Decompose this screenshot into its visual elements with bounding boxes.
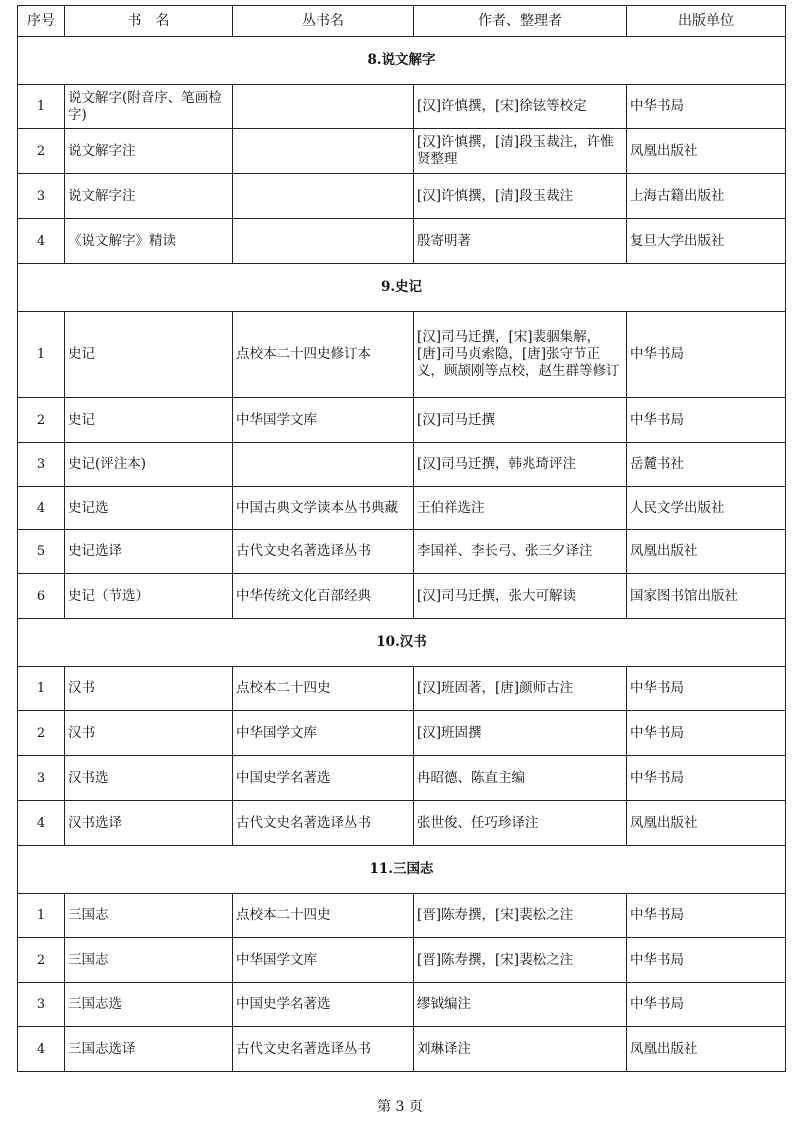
cell-author: 冉昭德、陈直主编 xyxy=(414,756,627,801)
cell-author: [汉]司马迁撰，韩兆琦评注 xyxy=(414,443,627,487)
cell-author: [汉]司马迁撰，张大可解读 xyxy=(414,574,627,619)
table-row: 2汉书中华国学文库[汉]班固撰中华书局 xyxy=(18,711,786,756)
table-row: 1史记点校本二十四史修订本[汉]司马迁撰，[宋]裴骃集解，[唐]司马贞索隐，[唐… xyxy=(18,312,786,398)
cell-author: [汉]班固撰 xyxy=(414,711,627,756)
table-row: 4《说文解字》精读殷寄明著复旦大学出版社 xyxy=(18,219,786,264)
cell-title: 史记 xyxy=(65,312,233,398)
cell-no: 1 xyxy=(18,894,65,938)
cell-no: 6 xyxy=(18,574,65,619)
table-row: 1汉书点校本二十四史[汉]班固著，[唐]颜师古注中华书局 xyxy=(18,667,786,711)
cell-author: [汉]许慎撰，[宋]徐铉等校定 xyxy=(414,85,627,129)
cell-no: 3 xyxy=(18,983,65,1027)
cell-publisher: 中华书局 xyxy=(627,938,786,983)
table-row: 2史记中华国学文库[汉]司马迁撰中华书局 xyxy=(18,398,786,443)
cell-title: 三国志 xyxy=(65,938,233,983)
cell-series: 中华国学文库 xyxy=(233,398,414,443)
cell-series: 中华传统文化百部经典 xyxy=(233,574,414,619)
table-row: 3说文解字注[汉]许慎撰，[清]段玉裁注上海古籍出版社 xyxy=(18,174,786,219)
table-row: 3史记(评注本)[汉]司马迁撰，韩兆琦评注岳麓书社 xyxy=(18,443,786,487)
cell-publisher: 凤凰出版社 xyxy=(627,530,786,574)
cell-publisher: 中华书局 xyxy=(627,894,786,938)
cell-series: 中国史学名著选 xyxy=(233,756,414,801)
cell-series xyxy=(233,85,414,129)
cell-no: 2 xyxy=(18,129,65,174)
cell-title: 三国志选 xyxy=(65,983,233,1027)
page-number: 第 3 页 xyxy=(0,1096,800,1116)
cell-series: 点校本二十四史修订本 xyxy=(233,312,414,398)
cell-title: 史记 xyxy=(65,398,233,443)
cell-series xyxy=(233,174,414,219)
cell-author: [汉]班固著，[唐]颜师古注 xyxy=(414,667,627,711)
cell-no: 4 xyxy=(18,801,65,846)
cell-author: [汉]许慎撰，[清]段玉裁注，许惟贤整理 xyxy=(414,129,627,174)
section-header-row: 8.说文解字 xyxy=(18,37,786,85)
cell-author: [晋]陈寿撰，[宋]裴松之注 xyxy=(414,894,627,938)
cell-title: 史记选译 xyxy=(65,530,233,574)
table-row: 4三国志选译古代文史名著选译丛书刘琳译注凤凰出版社 xyxy=(18,1027,786,1072)
cell-series: 中国古典文学读本丛书典藏 xyxy=(233,487,414,530)
cell-title: 汉书 xyxy=(65,711,233,756)
cell-publisher: 中华书局 xyxy=(627,398,786,443)
cell-title: 说文解字注 xyxy=(65,174,233,219)
cell-publisher: 中华书局 xyxy=(627,667,786,711)
cell-title: 汉书选 xyxy=(65,756,233,801)
cell-series: 中华国学文库 xyxy=(233,711,414,756)
cell-series: 中华国学文库 xyxy=(233,938,414,983)
cell-no: 2 xyxy=(18,398,65,443)
cell-publisher: 复旦大学出版社 xyxy=(627,219,786,264)
cell-no: 2 xyxy=(18,938,65,983)
cell-series: 点校本二十四史 xyxy=(233,894,414,938)
cell-no: 1 xyxy=(18,312,65,398)
cell-publisher: 凤凰出版社 xyxy=(627,129,786,174)
header-series: 丛书名 xyxy=(233,6,414,37)
table-row: 5史记选译古代文史名著选译丛书李国祥、李长弓、张三夕译注凤凰出版社 xyxy=(18,530,786,574)
cell-publisher: 国家图书馆出版社 xyxy=(627,574,786,619)
cell-title: 说文解字注 xyxy=(65,129,233,174)
table-row: 4史记选中国古典文学读本丛书典藏王伯祥选注人民文学出版社 xyxy=(18,487,786,530)
cell-no: 5 xyxy=(18,530,65,574)
header-no: 序号 xyxy=(18,6,65,37)
book-list-table: 序号 书 名 丛书名 作者、整理者 出版单位 8.说文解字1说文解字(附音序、笔… xyxy=(17,5,786,1072)
cell-publisher: 凤凰出版社 xyxy=(627,801,786,846)
cell-no: 1 xyxy=(18,667,65,711)
cell-publisher: 中华书局 xyxy=(627,312,786,398)
table-row: 3三国志选中国史学名著选缪钺编注中华书局 xyxy=(18,983,786,1027)
cell-no: 4 xyxy=(18,1027,65,1072)
cell-series: 中国史学名著选 xyxy=(233,983,414,1027)
cell-publisher: 凤凰出版社 xyxy=(627,1027,786,1072)
cell-title: 《说文解字》精读 xyxy=(65,219,233,264)
cell-publisher: 中华书局 xyxy=(627,711,786,756)
cell-title: 说文解字(附音序、笔画检字) xyxy=(65,85,233,129)
table-row: 1说文解字(附音序、笔画检字)[汉]许慎撰，[宋]徐铉等校定中华书局 xyxy=(18,85,786,129)
cell-no: 2 xyxy=(18,711,65,756)
header-publisher: 出版单位 xyxy=(627,6,786,37)
cell-author: 缪钺编注 xyxy=(414,983,627,1027)
section-title: 11.三国志 xyxy=(18,846,786,894)
cell-no: 3 xyxy=(18,756,65,801)
cell-title: 三国志选译 xyxy=(65,1027,233,1072)
cell-series: 点校本二十四史 xyxy=(233,667,414,711)
cell-author: 李国祥、李长弓、张三夕译注 xyxy=(414,530,627,574)
cell-author: 张世俊、任巧珍译注 xyxy=(414,801,627,846)
cell-series: 古代文史名著选译丛书 xyxy=(233,1027,414,1072)
table-row: 3汉书选中国史学名著选冉昭德、陈直主编中华书局 xyxy=(18,756,786,801)
section-header-row: 10.汉书 xyxy=(18,619,786,667)
cell-series: 古代文史名著选译丛书 xyxy=(233,530,414,574)
cell-title: 汉书 xyxy=(65,667,233,711)
cell-no: 3 xyxy=(18,443,65,487)
cell-publisher: 中华书局 xyxy=(627,756,786,801)
section-title: 10.汉书 xyxy=(18,619,786,667)
cell-title: 史记选 xyxy=(65,487,233,530)
cell-author: [汉]许慎撰，[清]段玉裁注 xyxy=(414,174,627,219)
cell-author: 刘琳译注 xyxy=(414,1027,627,1072)
table-row: 1三国志点校本二十四史[晋]陈寿撰，[宋]裴松之注中华书局 xyxy=(18,894,786,938)
section-header-row: 9.史记 xyxy=(18,264,786,312)
cell-author: [汉]司马迁撰，[宋]裴骃集解，[唐]司马贞索隐，[唐]张守节正义，顾颉刚等点校… xyxy=(414,312,627,398)
cell-publisher: 中华书局 xyxy=(627,983,786,1027)
section-title: 9.史记 xyxy=(18,264,786,312)
cell-title: 史记(评注本) xyxy=(65,443,233,487)
cell-publisher: 人民文学出版社 xyxy=(627,487,786,530)
cell-no: 4 xyxy=(18,219,65,264)
table-row: 6史记（节选）中华传统文化百部经典[汉]司马迁撰，张大可解读国家图书馆出版社 xyxy=(18,574,786,619)
section-header-row: 11.三国志 xyxy=(18,846,786,894)
cell-series xyxy=(233,443,414,487)
cell-title: 汉书选译 xyxy=(65,801,233,846)
cell-no: 1 xyxy=(18,85,65,129)
cell-author: 王伯祥选注 xyxy=(414,487,627,530)
table-row: 2说文解字注[汉]许慎撰，[清]段玉裁注，许惟贤整理凤凰出版社 xyxy=(18,129,786,174)
cell-publisher: 岳麓书社 xyxy=(627,443,786,487)
header-title: 书 名 xyxy=(65,6,233,37)
cell-series xyxy=(233,219,414,264)
cell-author: [汉]司马迁撰 xyxy=(414,398,627,443)
cell-author: 殷寄明著 xyxy=(414,219,627,264)
cell-no: 4 xyxy=(18,487,65,530)
header-row: 序号 书 名 丛书名 作者、整理者 出版单位 xyxy=(18,6,786,37)
table-body: 8.说文解字1说文解字(附音序、笔画检字)[汉]许慎撰，[宋]徐铉等校定中华书局… xyxy=(18,37,786,1072)
cell-author: [晋]陈寿撰，[宋]裴松之注 xyxy=(414,938,627,983)
table-row: 4汉书选译古代文史名著选译丛书张世俊、任巧珍译注凤凰出版社 xyxy=(18,801,786,846)
table-row: 2三国志中华国学文库[晋]陈寿撰，[宋]裴松之注中华书局 xyxy=(18,938,786,983)
cell-series: 古代文史名著选译丛书 xyxy=(233,801,414,846)
header-author: 作者、整理者 xyxy=(414,6,627,37)
cell-publisher: 中华书局 xyxy=(627,85,786,129)
cell-series xyxy=(233,129,414,174)
cell-no: 3 xyxy=(18,174,65,219)
cell-title: 三国志 xyxy=(65,894,233,938)
section-title: 8.说文解字 xyxy=(18,37,786,85)
cell-title: 史记（节选） xyxy=(65,574,233,619)
cell-publisher: 上海古籍出版社 xyxy=(627,174,786,219)
